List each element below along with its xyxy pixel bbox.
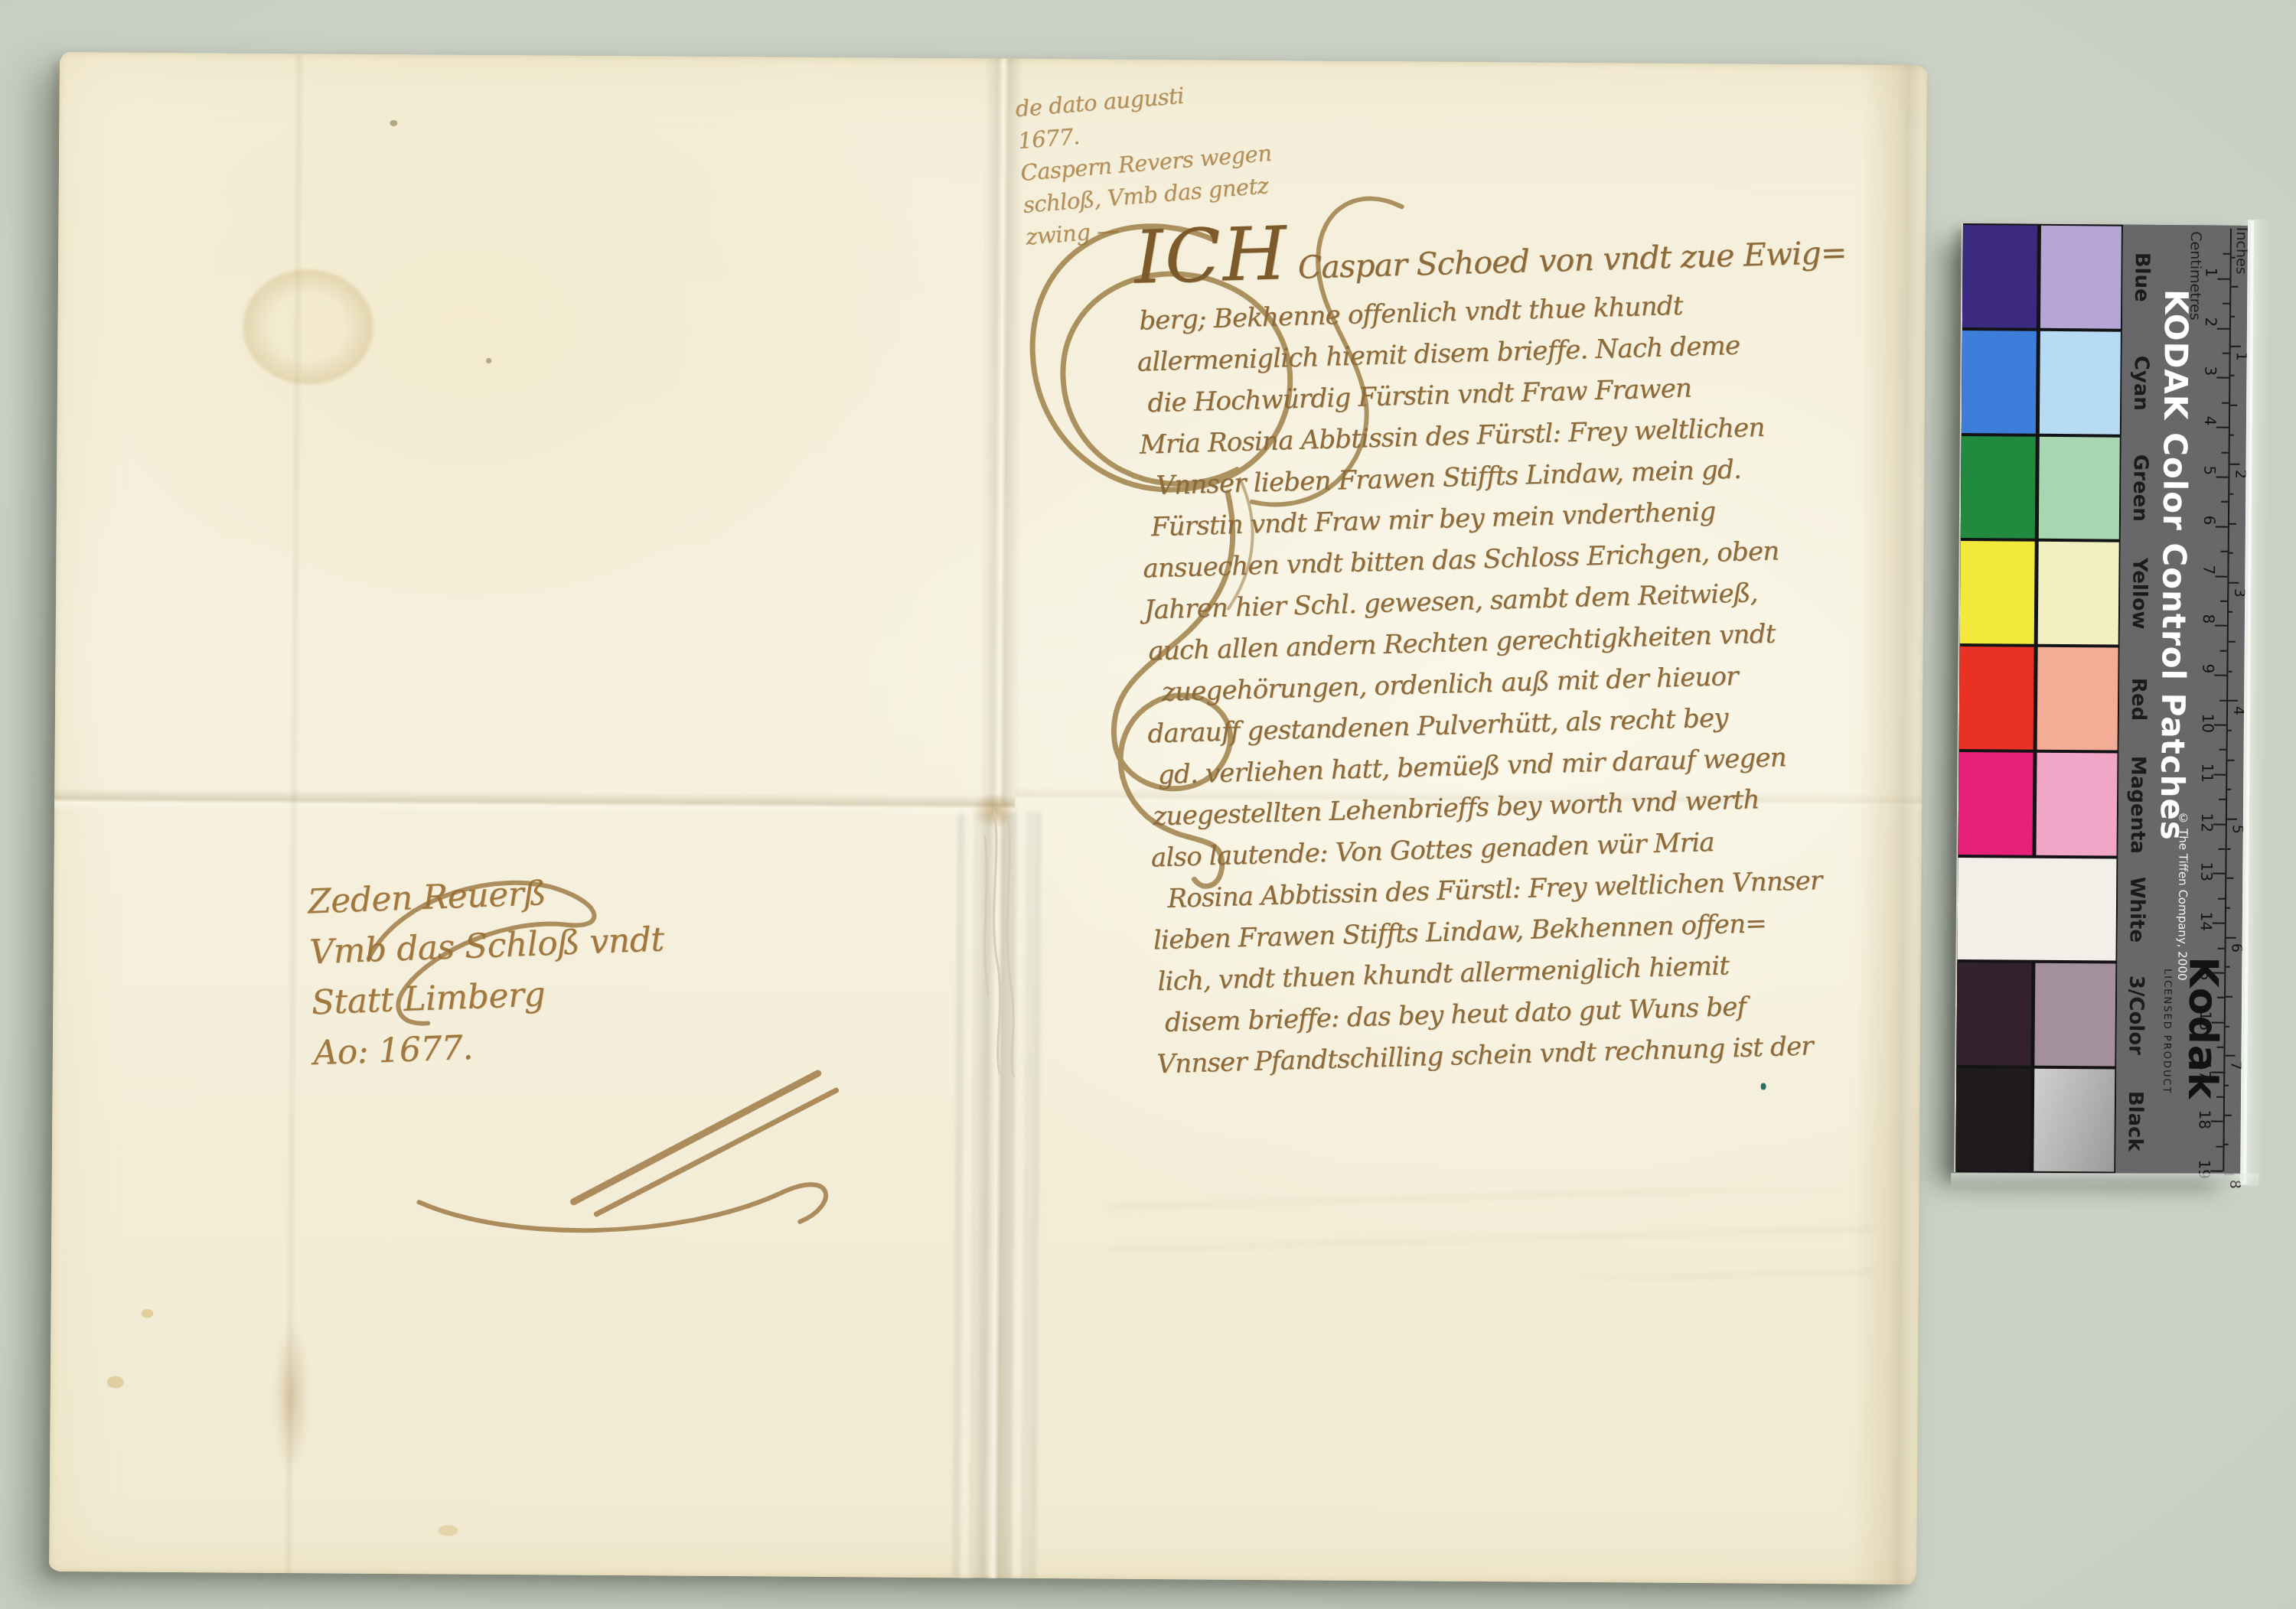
cm-half-tick [2217,1047,2224,1048]
manuscript-sheet: de dato augusti1677.Caspern Revers wegen… [49,52,1927,1585]
inch-tick [2225,1055,2235,1057]
cm-half-tick [2222,402,2229,403]
color-patch-tint-3/color [2034,963,2115,1067]
inch-quarter-tick [2227,789,2231,790]
main-text-block: ICH Caspar Schoed von vndt zue Ewig= ber… [1133,197,1870,1086]
cm-tick [2216,377,2229,379]
cm-half-tick [2218,897,2225,899]
inch-quarter-tick [2226,1025,2229,1027]
inch-quarter-tick [2231,316,2235,318]
inch-quarter-tick [2229,552,2233,554]
patch-label-red: Red [2124,647,2151,752]
licensed-product-text: LICENSED PRODUCT [2161,969,2173,1094]
cm-tick [2214,675,2226,676]
cm-number: 13 [2197,862,2216,882]
cm-half-tick [2220,601,2227,602]
inch-quarter-tick [2231,286,2238,288]
ink-speck [486,358,491,363]
cm-number: 10 [2199,713,2217,733]
color-patch-row [1961,435,2122,541]
cm-half-tick [2223,253,2230,255]
color-patch-blue [1962,225,2037,328]
water-stain [243,269,373,385]
main-text-lines: berg; Bekhenne offenlich vndt thue khund… [1136,281,1870,1086]
inch-quarter-tick [2230,434,2234,435]
plastic-sleeve-bottom [1951,1173,2258,1188]
inch-tick [2229,582,2239,584]
cm-number: 16 [2197,1011,2215,1031]
inch-quarter-tick [2230,405,2237,406]
cm-number: 7 [2200,565,2218,575]
color-patch-row [1959,645,2120,751]
color-patch-red [1959,647,2034,750]
color-patch-tint-cyan [2040,331,2121,435]
color-patch-tint-blue [2040,226,2122,329]
docket-note-left: Zeden ReuerßVmb das Schloß vndtStatt Lim… [307,865,669,1080]
cm-tick [2215,575,2227,577]
cm-tick [2216,427,2229,428]
inch-quarter-tick [2226,878,2233,879]
inch-tick [2231,345,2241,347]
color-patch-row [1962,329,2122,435]
cm-number: 12 [2198,813,2216,832]
docket-note-left-lines: Zeden ReuerßVmb das Schloß vndtStatt Lim… [307,865,669,1080]
cm-half-tick [2219,749,2226,751]
cm-half-tick [2219,848,2226,850]
cm-number: 2 [2202,317,2220,327]
inch-quarter-tick [2225,1085,2229,1086]
color-patch-row [1962,223,2123,330]
patch-label-green: Green [2125,435,2152,541]
green-speck [1761,1083,1766,1090]
cm-half-tick [2217,997,2224,998]
patch-label-blue: Blue [2127,225,2154,331]
inch-quarter-tick [2226,996,2232,998]
patch-label-white: White [2122,857,2148,962]
cm-half-tick [2223,353,2229,354]
inch-quarter-tick [2229,641,2236,643]
color-patch-tint-yellow [2038,542,2119,645]
color-patch-yellow [1960,541,2035,644]
patch-label-cyan: Cyan [2126,330,2153,435]
inch-quarter-tick [2230,375,2234,376]
cm-tick [2217,327,2229,329]
cm-number: 15 [2197,961,2215,981]
left-page-crease [283,54,305,1573]
show-through-shading [1107,1184,1874,1282]
inch-tick [2226,936,2236,938]
cm-number: 1 [2202,267,2220,277]
cm-half-tick [2221,551,2228,552]
inch-tick [2230,464,2240,465]
inch-quarter-tick [2225,1144,2229,1145]
inch-quarter-tick [2229,611,2232,613]
binding-thread [970,804,1041,1080]
color-patch-row [1956,961,2117,1067]
strip-label-band: BlueCyanGreenYellowRedMagentaWhite3/Colo… [2115,225,2248,1174]
cm-half-tick [2223,303,2229,305]
inch-quarter-tick [2225,1114,2232,1116]
cm-tick [2215,625,2227,627]
color-patch-tint-black [2033,1069,2115,1172]
inch-quarter-tick [2229,493,2233,495]
center-fold-crease [974,58,1024,1578]
patch-labels: BlueCyanGreenYellowRedMagentaWhite3/Colo… [2123,225,2248,226]
inch-quarter-tick [2228,671,2232,673]
inch-quarter-tick [2227,848,2231,849]
inch-quarter-tick [2226,907,2230,909]
color-patch-row [1960,539,2121,646]
color-patch-grid [1955,223,2123,1174]
inch-quarter-tick [2229,523,2236,524]
first-line-rest: Caspar Schoed von vndt zue Ewig= [1288,234,1847,286]
color-patch-row [1958,751,2119,857]
inch-tick [2228,700,2238,702]
color-patch-tint-magenta [2037,753,2118,856]
inch-quarter-tick [2232,256,2236,258]
inch-quarter-tick [2227,759,2234,761]
cm-number: 6 [2200,515,2219,525]
strip-copyright: © The Tiffen Company, 2000 [2175,811,2190,980]
cm-half-tick [2216,1096,2223,1098]
cm-half-tick [2219,799,2226,800]
decorated-initial: ICH [1133,210,1289,301]
patch-label-black: Black [2120,1068,2147,1174]
cm-number: 9 [2199,664,2217,674]
cm-half-tick [2219,699,2226,701]
color-patch-row [1957,856,2118,962]
crease-smudge [273,1324,309,1469]
patch-label-3/color: 3/Color [2121,962,2148,1068]
color-patch-3/color [1956,962,2031,1066]
cm-number: 17 [2196,1060,2214,1080]
kodak-color-strip: BlueCyanGreenYellowRedMagentaWhite3/Colo… [1954,223,2248,1174]
cm-half-tick [2221,501,2228,503]
color-patch-cyan [1962,331,2037,434]
cm-half-tick [2218,947,2225,949]
inch-tick [2227,819,2237,820]
patch-label-yellow: Yellow [2125,541,2151,647]
cm-tick [2216,477,2228,478]
color-patch-green [1961,436,2036,539]
cm-number: 14 [2197,912,2216,932]
cm-tick [2217,278,2229,279]
patch-label-magenta: Magenta [2123,752,2150,858]
color-patch-black [1955,1068,2030,1171]
foxing-spot [438,1525,458,1536]
photo-backdrop: de dato augusti1677.Caspern Revers wegen… [0,0,2296,1609]
cm-number: 3 [2201,366,2219,376]
cm-number: 4 [2201,416,2219,426]
cm-number: 11 [2198,763,2216,783]
cm-number: 8 [2200,614,2218,624]
color-patch-row [1955,1067,2116,1173]
cm-number: 5 [2200,465,2219,475]
horizontal-fold-crease [54,788,1015,818]
color-patch-white [1957,858,2116,961]
cm-half-tick [2222,451,2229,453]
cm-half-tick [2216,1145,2223,1147]
color-patch-magenta [1958,752,2033,855]
foxing-spot [107,1376,124,1388]
ink-speck [390,120,397,126]
inch-quarter-tick [2228,730,2232,731]
center-fold-wrinkles [952,812,1042,1578]
strip-title: KODAK Color Control Patches [2154,289,2196,841]
fold-intersection-stain [971,793,1017,828]
cm-half-tick [2220,650,2227,651]
inch-quarter-tick [2226,966,2229,968]
color-patch-tint-green [2039,436,2120,539]
cm-number: 18 [2196,1110,2214,1130]
foxing-spot [141,1309,153,1318]
color-patch-tint-red [2037,647,2118,751]
cm-tick [2216,526,2228,527]
